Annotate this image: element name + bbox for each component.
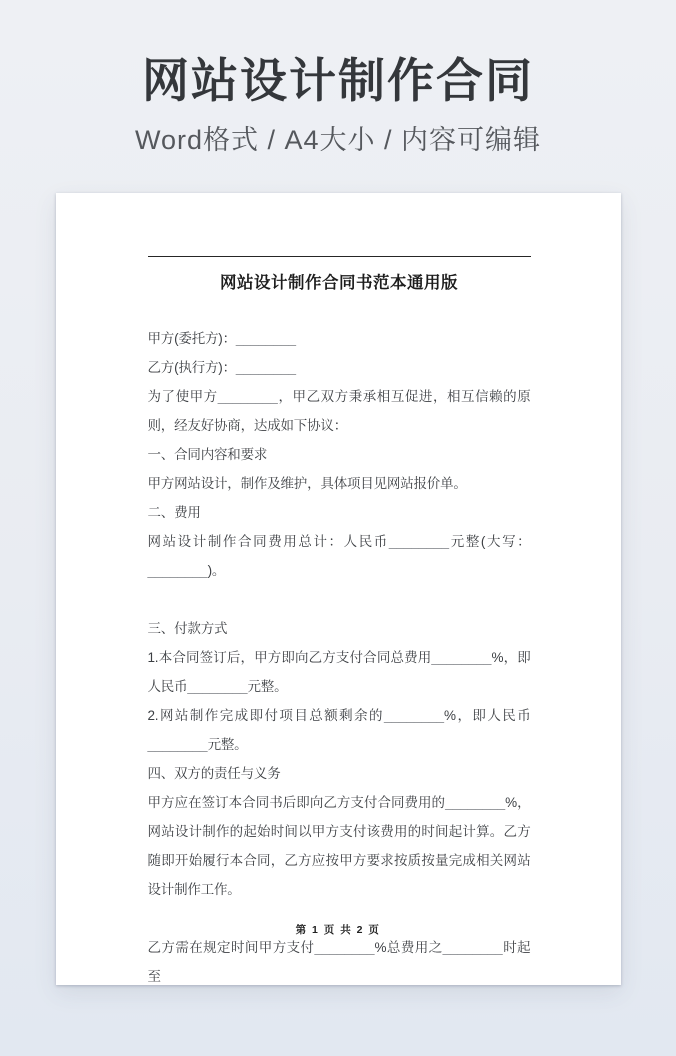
fill-in-blank: ________ <box>236 331 296 346</box>
fill-in-blank: ________ <box>389 534 449 549</box>
header-banner: 网站设计制作合同 Word格式 / A4大小 / 内容可编辑 <box>0 0 676 157</box>
fill-in-blank: ________ <box>218 389 278 404</box>
fill-in-blank: ________ <box>443 940 503 955</box>
fill-in-blank: ________ <box>236 360 296 375</box>
doc-paragraph: 乙方需在规定时间甲方支付________%总费用之________时起至 <box>148 933 531 991</box>
fill-in-blank: ________ <box>187 679 247 694</box>
doc-paragraph: 为了使甲方________，甲乙双方秉承相互促进，相互信赖的原则，经友好协商，达… <box>148 382 531 440</box>
doc-paragraph: 乙方(执行方)：________ <box>148 353 531 382</box>
doc-paragraph: 甲方网站设计，制作及维护，具体项目见网站报价单。 <box>148 469 531 498</box>
fill-in-blank: ________ <box>431 650 491 665</box>
template-subtitle: Word格式 / A4大小 / 内容可编辑 <box>0 118 676 157</box>
doc-body: 甲方(委托方)：________乙方(执行方)：________为了使甲方___… <box>148 324 531 991</box>
fill-in-blank: ________ <box>384 708 444 723</box>
doc-paragraph: 四、双方的责任与义务 <box>148 759 531 788</box>
doc-paragraph: 一、合同内容和要求 <box>148 440 531 469</box>
fill-in-blank: ________ <box>148 737 208 752</box>
fill-in-blank: ________ <box>314 940 374 955</box>
template-title: 网站设计制作合同 <box>0 54 676 108</box>
template-preview-canvas: { "header": { "title": "网站设计制作合同", "subt… <box>0 0 676 1056</box>
doc-paragraph: 二、费用 <box>148 498 531 527</box>
doc-paragraph: 三、付款方式 <box>148 614 531 643</box>
doc-title: 网站设计制作合同书范本通用版 <box>148 272 531 294</box>
page-number-footer: 第 1 页 共 2 页 <box>56 922 621 937</box>
blank-line <box>148 585 531 614</box>
doc-paragraph: 1.本合同签订后，甲方即向乙方支付合同总费用________%，即人民币____… <box>148 643 531 701</box>
doc-divider <box>148 256 531 257</box>
doc-paragraph: 甲方(委托方)：________ <box>148 324 531 353</box>
document-page: 网站设计制作合同书范本通用版 甲方(委托方)：________乙方(执行方)：_… <box>56 193 621 985</box>
doc-paragraph: 网站设计制作合同费用总计：人民币________元整(大写：________)。 <box>148 527 531 585</box>
fill-in-blank: ________ <box>148 563 208 578</box>
doc-paragraph: 甲方应在签订本合同书后即向乙方支付合同费用的________%，网站设计制作的起… <box>148 788 531 904</box>
doc-paragraph: 2.网站制作完成即付项目总额剩余的________%，即人民币________元… <box>148 701 531 759</box>
fill-in-blank: ________ <box>445 795 505 810</box>
